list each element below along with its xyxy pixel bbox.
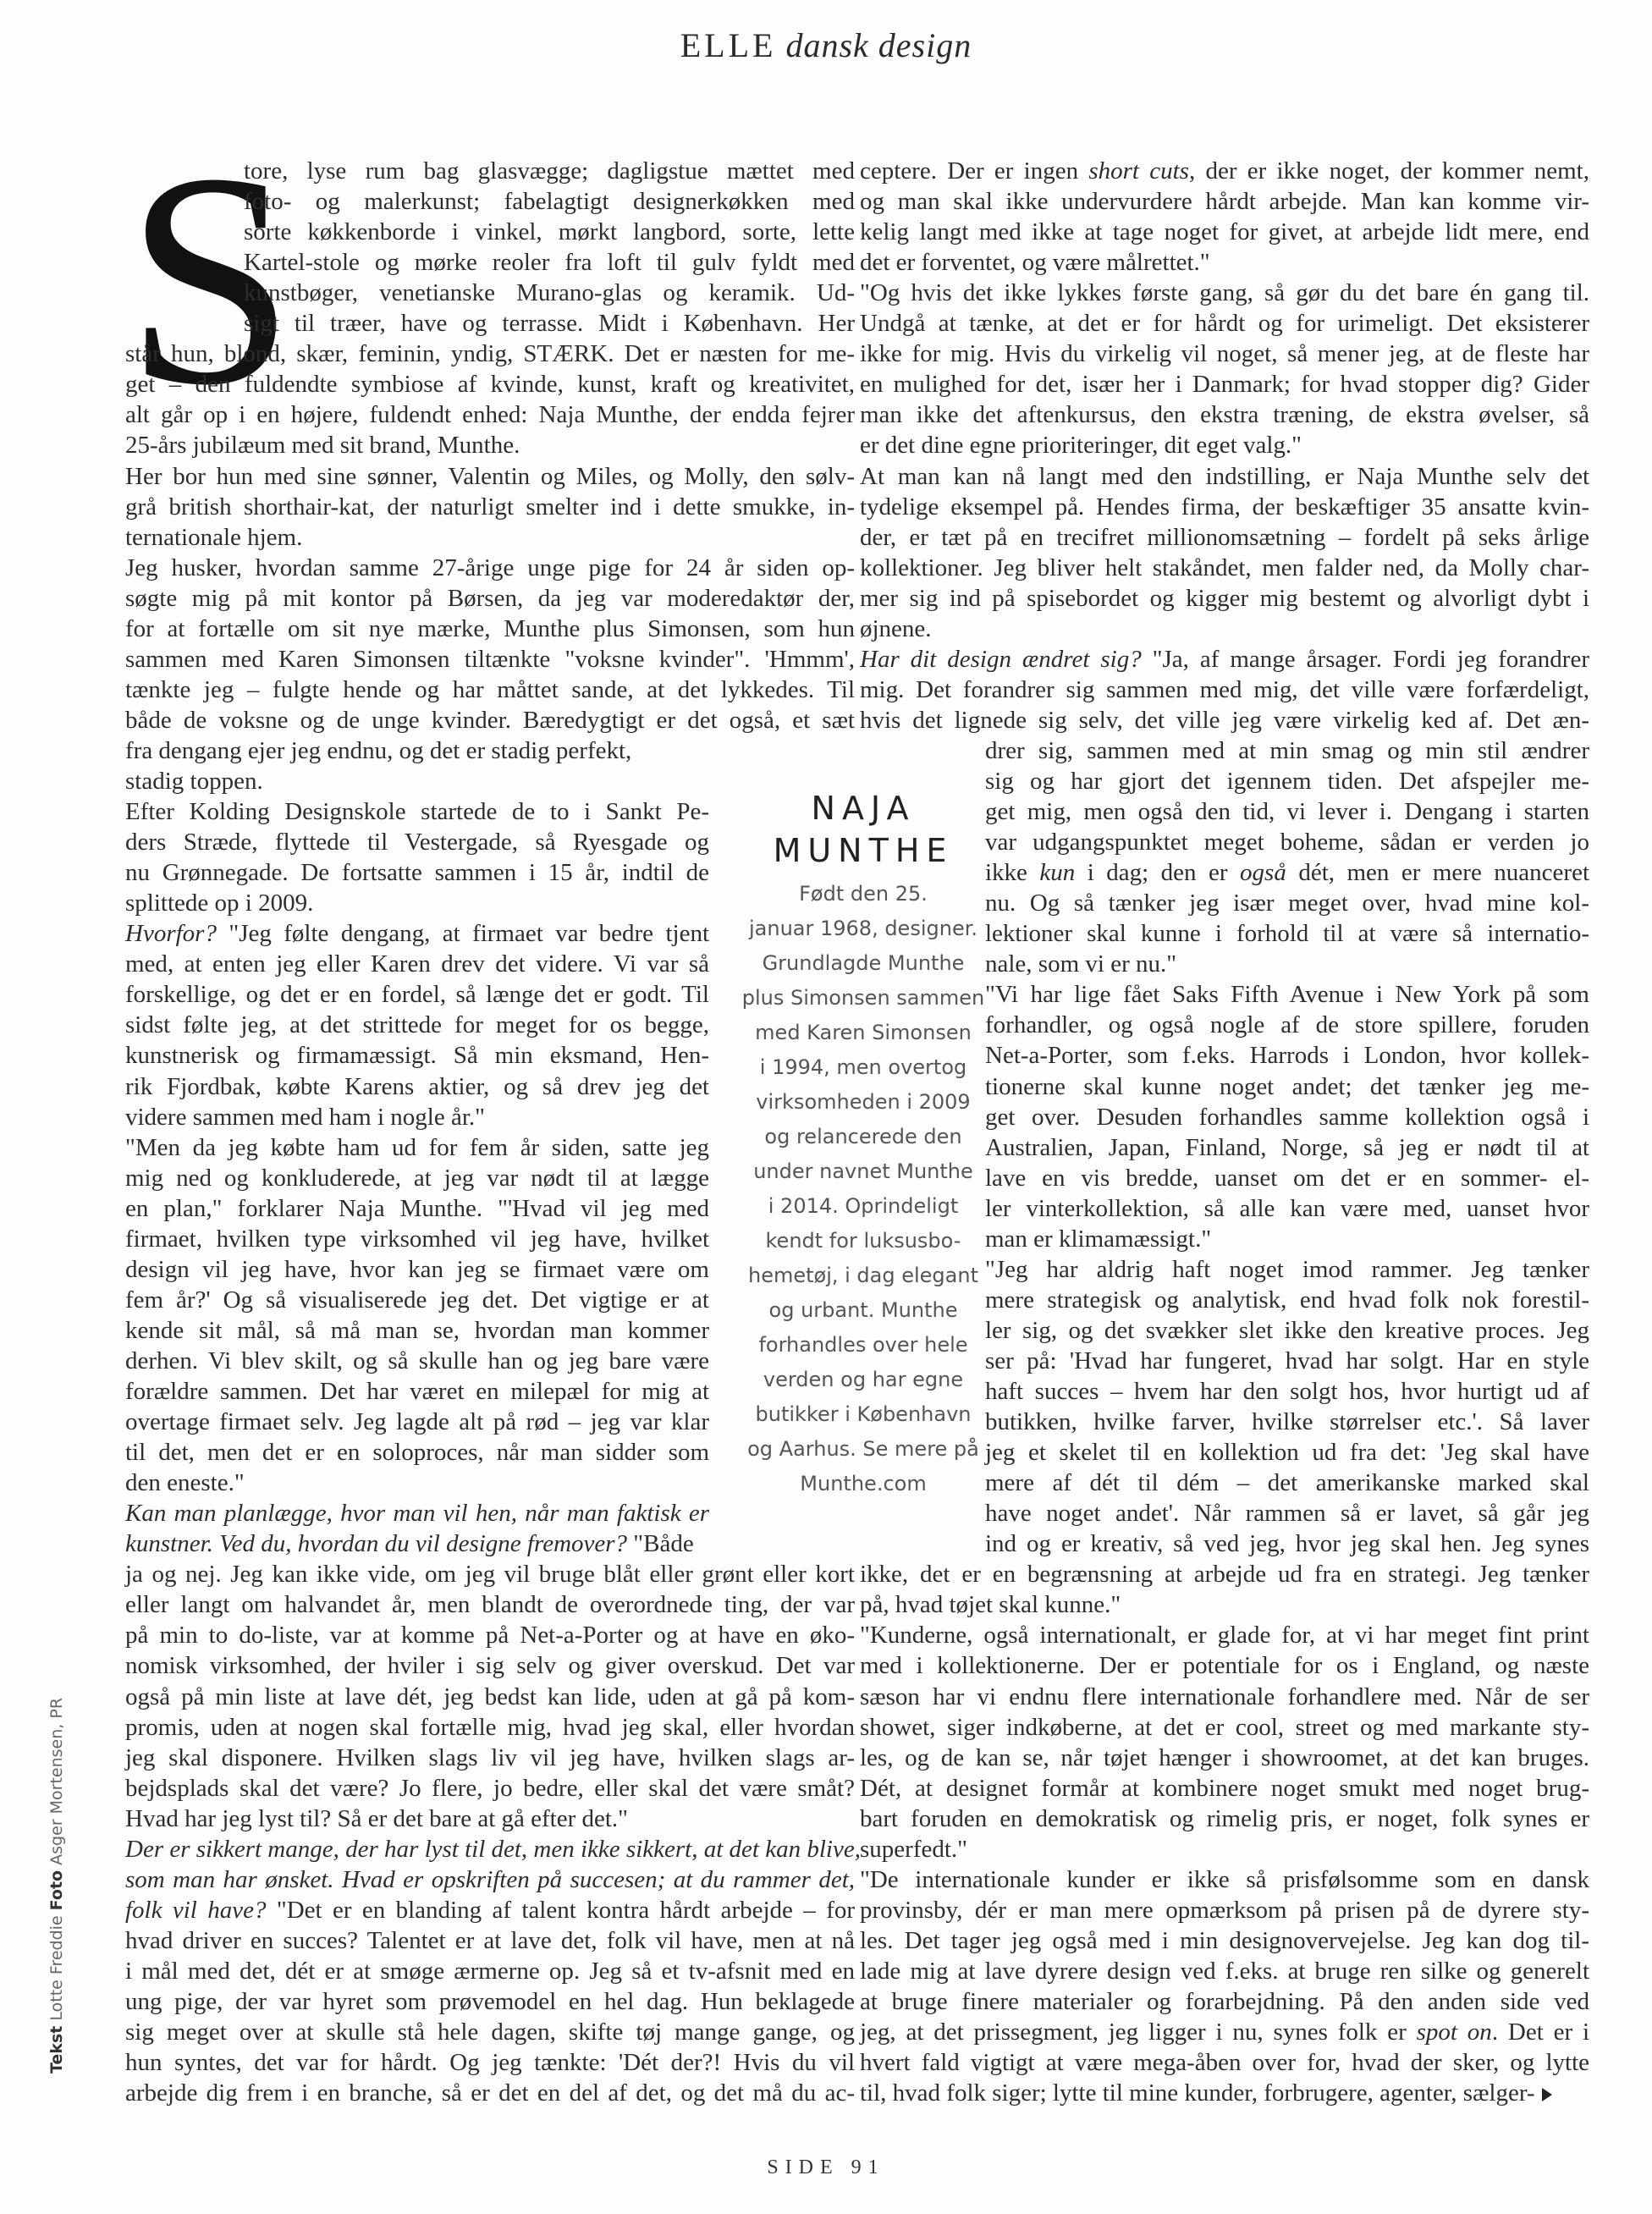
- article-line: tionerne skal kunne noget andet; det tæn…: [985, 1071, 1589, 1102]
- article-line: ung pige, der var hyret som prøvemodel e…: [125, 1986, 855, 2017]
- sidebar-bio-line: Født den 25.: [736, 877, 990, 911]
- article-line: ikke for mig. Hvis du virkelig vil noget…: [860, 339, 1589, 369]
- sidebar-bio-line: Munthe.com: [736, 1467, 990, 1501]
- article-line: hvert fald vigtigt at være mega-åben ove…: [860, 2047, 1589, 2078]
- article-line: Har dit design ændret sig? "Ja, af mange…: [860, 644, 1589, 675]
- article-line: Her bor hun med sine sønner, Valentin og…: [125, 461, 855, 492]
- article-line: ind og er kreativ, så ved jeg, hvor jeg …: [985, 1528, 1589, 1559]
- article-line: ikke kun i dag; den er også dét, men er …: [985, 857, 1589, 888]
- article-line: hvad driver en succes? Talentet er at la…: [125, 1925, 855, 1956]
- sidebar-bio-line: i 1994, men overtog: [736, 1050, 990, 1085]
- article-line: lektioner skal kunne i forhold til at væ…: [985, 918, 1589, 949]
- continue-arrow-icon: [1542, 2088, 1552, 2101]
- article-line: drer sig, sammen med at min smag og min …: [985, 735, 1589, 766]
- article-line: ceptere. Der er ingen short cuts, der er…: [860, 156, 1589, 186]
- profile-sidebar: NAJA MUNTHE Født den 25.januar 1968, des…: [736, 787, 990, 1501]
- article-line: til det, men det er en soloproces, når m…: [125, 1437, 709, 1468]
- article-line: den eneste.": [125, 1468, 709, 1498]
- article-line: derhen. Vi blev skilt, og så skulle han …: [125, 1346, 709, 1376]
- article-line: man er klimamæssigt.": [985, 1224, 1589, 1254]
- sidebar-bio-line: Grundlagde Munthe: [736, 946, 990, 981]
- article-line: man ikke det aftenkursus, den ekstra træ…: [860, 399, 1589, 430]
- article-line: nu. Og så tænker jeg især meget over, hv…: [985, 888, 1589, 918]
- article-line: ler vinterkollektion, så alle kan være m…: [985, 1193, 1589, 1224]
- sidebar-bio-line: butikker i København: [736, 1397, 990, 1432]
- article-line: Efter Kolding Designskole startede de to…: [125, 796, 709, 827]
- article-line: bart foruden en demokratisk og rimelig p…: [860, 1804, 1589, 1834]
- sidebar-bio-line: i 2014. Oprindeligt: [736, 1189, 990, 1224]
- sidebar-bio-line: plus Simonsen sammen: [736, 981, 990, 1016]
- article-line: fra dengang ejer jeg endnu, og det er st…: [125, 735, 855, 766]
- photo-credit: Tekst Lotte Freddie Foto Asger Mortensen…: [47, 1698, 66, 2074]
- sidebar-bio-line: kendt for luksusbo-: [736, 1224, 990, 1258]
- article-line: ders Stræde, flyttede til Vestergade, så…: [125, 827, 709, 857]
- credit-text-label: Tekst: [47, 2026, 66, 2074]
- article-line: provinsby, dér er man mere opmærksom på …: [860, 1895, 1589, 1925]
- sidebar-bio-line: og relancerede den: [736, 1120, 990, 1154]
- article-line: get over. Desuden forhandles samme kolle…: [985, 1102, 1589, 1132]
- article-line: tore, lyse rum bag glasvægge; dagligstue…: [244, 156, 855, 186]
- article-line: en mulighed for det, især her i Danmark;…: [860, 369, 1589, 399]
- article-line: rik Fjordbak, købte Karens aktier, og så…: [125, 1071, 709, 1102]
- article-line: promis, uden at nogen skal fortælle mig,…: [125, 1712, 855, 1743]
- sidebar-name-line-2: MUNTHE: [736, 829, 990, 872]
- article-line: Hvad har jeg lyst til? Så er det bare at…: [125, 1804, 855, 1834]
- article-line: kelig langt med ikke at tage noget for g…: [860, 217, 1589, 247]
- article-line: hvis det lignede sig selv, det ville jeg…: [860, 705, 1589, 735]
- article-line: står hun, blond, skær, feminin, yndig, S…: [125, 339, 855, 369]
- article-line: ikke, det er en begrænsning at arbejde u…: [860, 1559, 1589, 1589]
- article-line: "Jeg har aldrig haft noget imod rammer. …: [985, 1254, 1589, 1285]
- article-line: haft succes – hvem har den solgt hos, hv…: [985, 1376, 1589, 1407]
- article-line: jeg skal disponere. Hvilken slags liv vi…: [125, 1743, 855, 1773]
- article-line: alt går op i en højere, fuldendt enhed: …: [125, 399, 855, 430]
- article-line: øjnene.: [860, 614, 1589, 644]
- article-line: tænkte jeg – fulgte hende og har måttet …: [125, 675, 855, 705]
- article-line: forskellige, og det er en fordel, så læn…: [125, 979, 709, 1010]
- page-number: SIDE 91: [0, 2156, 1652, 2179]
- article-line: At man kan nå langt med den indstilling,…: [860, 461, 1589, 492]
- article-line: er det dine egne prioriteringer, dit ege…: [860, 430, 1589, 460]
- article-line: med i kollektionerne. Der er potentiale …: [860, 1650, 1589, 1681]
- article-line: Kartel-stole og mørke reoler fra loft ti…: [244, 247, 855, 278]
- article-line: sammen med Karen Simonsen tiltænkte "vok…: [125, 644, 855, 675]
- article-line: jeg, at det prissegment, jeg ligger i nu…: [860, 2017, 1589, 2047]
- article-line: ja og nej. Jeg kan ikke vide, om jeg vil…: [125, 1559, 855, 1589]
- article-line: butikken, hvilke farver, hvilke størrels…: [985, 1407, 1589, 1437]
- article-line: lade mig at lave dyrere design ved f.eks…: [860, 1956, 1589, 1986]
- magazine-header: ELLE dansk design: [0, 25, 1652, 65]
- article-line: foto- og malerkunst; fabelagtigt designe…: [244, 186, 855, 217]
- article-line: sorte køkkenborde i vinkel, mørkt langbo…: [244, 217, 855, 247]
- article-line: på min to do-liste, var at komme på Net-…: [125, 1620, 855, 1650]
- article-line: også på min liste at lave dét, jeg bedst…: [125, 1682, 855, 1712]
- article-line: som man har ønsket. Hvad er opskriften p…: [125, 1864, 855, 1895]
- article-line: videre sammen med ham i nogle år.": [125, 1102, 709, 1132]
- article-line: sidst følte jeg, at det strittede for me…: [125, 1010, 709, 1040]
- article-line: eller langt om halvandet år, men blandt …: [125, 1589, 855, 1620]
- article-line: 25-års jubilæum med sit brand, Munthe.: [125, 430, 855, 460]
- article-line: sig meget over at skulle stå hele dagen,…: [125, 2017, 855, 2047]
- article-line: jeg et skelet til en kollektion ud fra d…: [985, 1437, 1589, 1468]
- article-line: mere af dét til dém – det amerikanske ma…: [985, 1468, 1589, 1498]
- article-line: nomisk virksomhed, der hviler i sig selv…: [125, 1650, 855, 1681]
- article-line: på, hvad tøjet skal kunne.": [860, 1589, 1589, 1620]
- article-line: get – den fuldendte symbiose af kvinde, …: [125, 369, 855, 399]
- article-line: forhandler, og også nogle af de store sp…: [985, 1010, 1589, 1040]
- sidebar-bio: Født den 25.januar 1968, designer.Grundl…: [736, 877, 990, 1501]
- article-line: design vil jeg have, hvor kan jeg se fir…: [125, 1254, 709, 1285]
- article-line: Der er sikkert mange, der har lyst til d…: [125, 1834, 855, 1864]
- article-line: var udgangspunktet meget boheme, sådan e…: [985, 827, 1589, 857]
- sidebar-bio-line: hemetøj, i dag elegant: [736, 1258, 990, 1293]
- sidebar-bio-line: med Karen Simonsen: [736, 1016, 990, 1050]
- article-line: Dét, at designet formår at kombinere nog…: [860, 1773, 1589, 1804]
- article-line: arbejde dig frem i en branche, så er det…: [125, 2078, 855, 2108]
- credit-photo-label: Foto: [47, 1870, 66, 1910]
- article-line: fem år?' Og så visualiserede jeg det. De…: [125, 1285, 709, 1315]
- article-line: les. Det tager jeg også med i min design…: [860, 1925, 1589, 1956]
- article-line: tydelige eksempel på. Hendes firma, der …: [860, 492, 1589, 522]
- article-line: "Kunderne, også internationalt, er glade…: [860, 1620, 1589, 1650]
- article-line: ternationale hjem.: [125, 522, 855, 553]
- article-line: mig ned og konkluderede, at jeg var nødt…: [125, 1163, 709, 1193]
- article-line: det er forventet, og være målrettet.": [860, 247, 1589, 278]
- sidebar-bio-line: og Aarhus. Se mere på: [736, 1432, 990, 1467]
- article-line: "Men da jeg købte ham ud for fem år side…: [125, 1132, 709, 1163]
- article-line: get mig, men også den tid, vi lever i. D…: [985, 796, 1589, 827]
- article-line: i mål med det, dét er at smøge ærmerne o…: [125, 1956, 855, 1986]
- sidebar-bio-line: og urbant. Munthe: [736, 1293, 990, 1328]
- article-line: der, er tæt på en trecifret millionomsæt…: [860, 522, 1589, 553]
- article-line: lave en vis bredde, uanset om det er en …: [985, 1163, 1589, 1193]
- article-line: nu Grønnegade. De fortsatte sammen i 15 …: [125, 857, 709, 888]
- sidebar-bio-line: forhandles over hele: [736, 1328, 990, 1363]
- article-line: kollektioner. Jeg bliver helt stakåndet,…: [860, 553, 1589, 583]
- article-line: mer sig ind på spisebordet og kigger mig…: [860, 583, 1589, 614]
- article-line: ler sig, og det svækker slet ikke den kr…: [985, 1315, 1589, 1346]
- article-line: superfedt.": [860, 1834, 1589, 1864]
- credit-photo-name: Asger Mortensen, PR: [47, 1698, 66, 1865]
- article-line: kunstner. Ved du, hvordan du vil designe…: [125, 1528, 709, 1559]
- sidebar-bio-line: under navnet Munthe: [736, 1154, 990, 1189]
- article-line: kunstbøger, venetianske Murano-glas og k…: [244, 278, 855, 308]
- article-line: kunstnerisk og firmamæssigt. Så min eksm…: [125, 1040, 709, 1071]
- article-line: både de voksne og de unge kvinder. Bæred…: [125, 705, 855, 735]
- article-line: mig. Det forandrer sig sammen med mig, d…: [860, 675, 1589, 705]
- brand-name: ELLE: [680, 26, 777, 64]
- article-line: Net-a-Porter, som f.eks. Harrods i Londo…: [985, 1040, 1589, 1071]
- article-line: grå british shorthair-kat, der naturligt…: [125, 492, 855, 522]
- article-line: sig og har gjort det igennem tiden. Det …: [985, 766, 1589, 796]
- article-line: nale, som vi er nu.": [985, 949, 1589, 979]
- article-line: søgte mig på mit kontor på Børsen, da je…: [125, 583, 855, 614]
- article-line: les, og de kan se, når tøjet hænger i sh…: [860, 1743, 1589, 1773]
- article-line: "De internationale kunder er ikke så pri…: [860, 1864, 1589, 1895]
- article-line: med, at enten jeg eller Karen drev det v…: [125, 949, 709, 979]
- article-line: sæson har vi endnu flere internationale …: [860, 1682, 1589, 1712]
- article-line: ser på: 'Hvad har fungeret, hvad har sol…: [985, 1346, 1589, 1376]
- article-line: Undgå at tænke, at det er for hårdt og f…: [860, 308, 1589, 339]
- article-line: for at fortælle om sit nye mærke, Munthe…: [125, 614, 855, 644]
- article-line: kende sit mål, så må man se, hvordan man…: [125, 1315, 709, 1346]
- article-line: folk vil have? "Det er en blanding af ta…: [125, 1895, 855, 1925]
- article-line: overtage firmaet selv. Jeg lagde alt på …: [125, 1407, 709, 1437]
- article-line: bejdsplads skal det være? Jo flere, jo b…: [125, 1773, 855, 1804]
- article-line: at bruge finere materialer og forarbejdn…: [860, 1986, 1589, 2017]
- section-name: dansk design: [785, 26, 972, 64]
- article-line: Kan man planlægge, hvor man vil hen, når…: [125, 1498, 709, 1528]
- article-line: forældre sammen. Det har været en milepæ…: [125, 1376, 709, 1407]
- article-line: til, hvad folk siger; lytte til mine kun…: [860, 2078, 1589, 2108]
- article-line: sigt til træer, have og terrasse. Midt i…: [244, 308, 855, 339]
- sidebar-bio-line: januar 1968, designer.: [736, 911, 990, 946]
- article-line: Australien, Japan, Finland, Norge, så je…: [985, 1132, 1589, 1163]
- article-line: Hvorfor? "Jeg følte dengang, at firmaet …: [125, 918, 709, 949]
- credit-text-name: Lotte Freddie: [47, 1915, 66, 2020]
- article-line: showet, siger indkøberne, at det er cool…: [860, 1712, 1589, 1743]
- article-line: firmaet, hvilken type virksomhed vil jeg…: [125, 1224, 709, 1254]
- article-line: "Og hvis det ikke lykkes første gang, så…: [860, 278, 1589, 308]
- article-line: have noget andet'. Når rammen så er lave…: [985, 1498, 1589, 1528]
- article-line: splittede op i 2009.: [125, 888, 709, 918]
- sidebar-bio-line: virksomheden i 2009: [736, 1085, 990, 1120]
- article-line: en plan," forklarer Naja Munthe. "'Hvad …: [125, 1193, 709, 1224]
- sidebar-bio-line: verden og har egne: [736, 1363, 990, 1397]
- sidebar-name-line-1: NAJA: [736, 787, 990, 829]
- article-line: "Vi har lige fået Saks Fifth Avenue i Ne…: [985, 979, 1589, 1010]
- article-line: hun syntes, det var for hårdt. Og jeg tæ…: [125, 2047, 855, 2078]
- article-line: og man skal ikke undervurdere hårdt arbe…: [860, 186, 1589, 217]
- article-line: Jeg husker, hvordan samme 27-årige unge …: [125, 553, 855, 583]
- article-line: mere strategisk og analytisk, end hvad f…: [985, 1285, 1589, 1315]
